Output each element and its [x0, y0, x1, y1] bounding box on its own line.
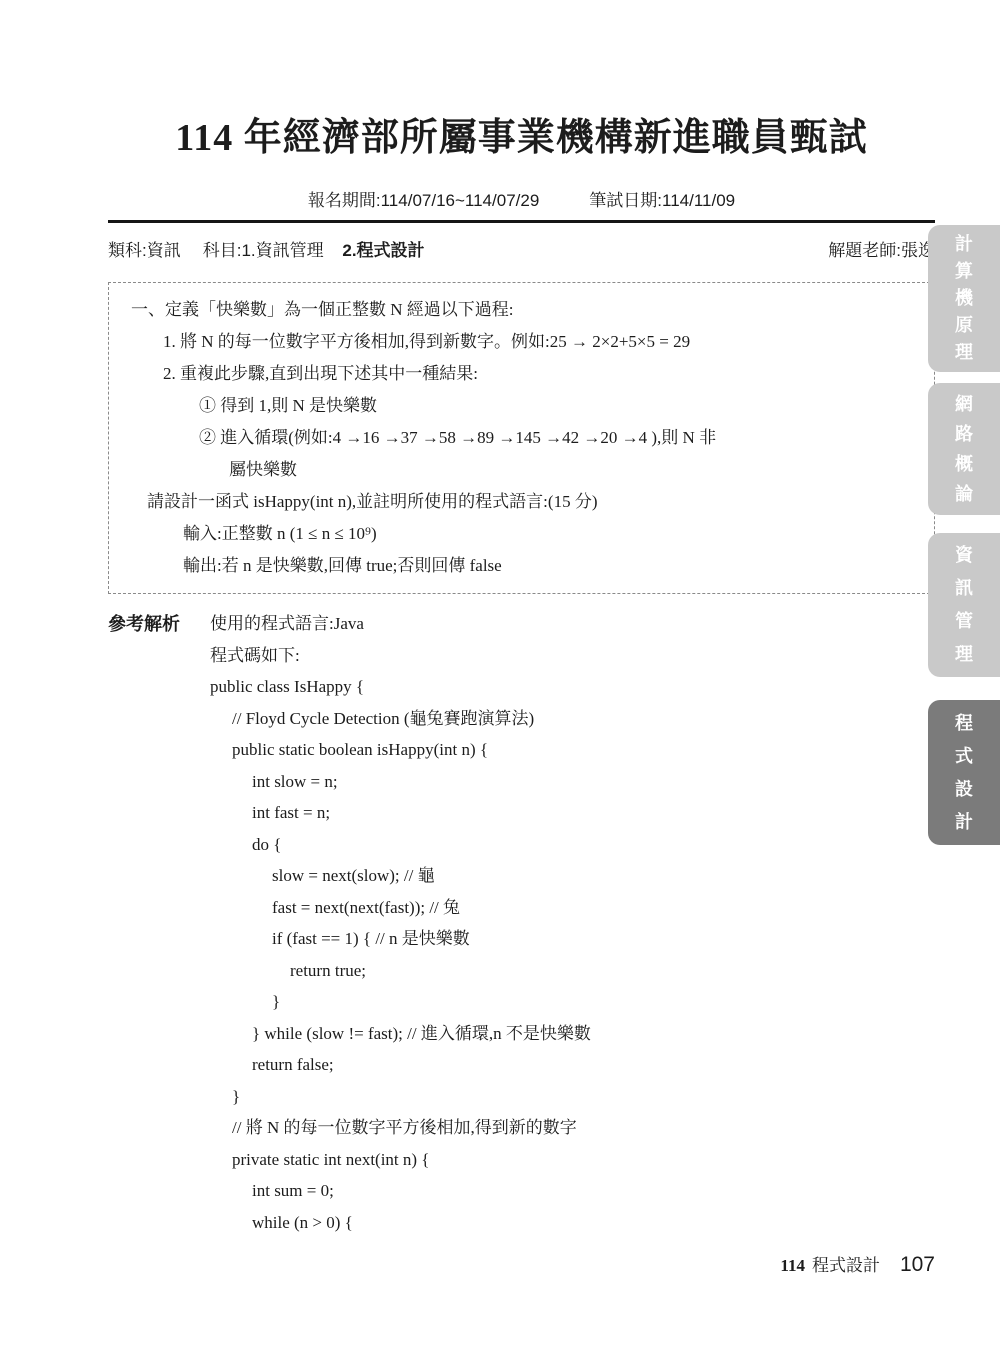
subject-part-1: 科目:1.資訊管理 [203, 241, 324, 260]
question-line: ① 得到 1,則 N 是快樂數 [125, 390, 918, 422]
category-label: 類科:資訊 [108, 236, 181, 261]
sidebar-tab-label: 資訊管理 [954, 539, 974, 671]
code-line: slow = next(slow); // 龜 [210, 860, 591, 892]
page-title: 114 年經濟部所屬事業機構新進職員甄試 [108, 106, 935, 161]
code-line: return false; [210, 1049, 591, 1081]
language-line: 使用的程式語言:Java [210, 608, 591, 640]
sidebar-tab-computer-principles: 計算機原理 [928, 225, 1000, 372]
sidebar-tab-network-concepts: 網路概論 [928, 383, 1000, 515]
main-content: 114 年經濟部所屬事業機構新進職員甄試 報名期間:114/07/16~114/… [108, 0, 935, 1238]
code-line: public static boolean isHappy(int n) { [210, 734, 591, 766]
footer-subject: 程式設計 [812, 1251, 880, 1276]
document-page: 114 年經濟部所屬事業機構新進職員甄試 報名期間:114/07/16~114/… [0, 0, 1000, 1353]
code-line: // Floyd Cycle Detection (龜兔賽跑演算法) [210, 703, 591, 735]
question-line: 輸入:正整數 n (1 ≤ n ≤ 10⁹) [125, 518, 918, 550]
header-divider [108, 220, 935, 223]
solution-heading: 參考解析 [108, 608, 210, 1238]
sidebar-tab-label: 程式設計 [954, 707, 974, 839]
registration-period: 報名期間:114/07/16~114/07/29 [308, 186, 539, 211]
sidebar-tab-programming-active: 程式設計 [928, 700, 1000, 845]
exam-meta-line: 報名期間:114/07/16~114/07/29 筆試日期:114/11/09 [108, 186, 935, 211]
subject-label: 科目:1.資訊管理 2.程式設計 [203, 236, 425, 261]
question-line: 2. 重複此步驟,直到出現下述其中一種結果: [125, 358, 918, 390]
code-line: int fast = n; [210, 797, 591, 829]
sidebar-tab-label: 計算機原理 [954, 231, 974, 366]
code-line: do { [210, 829, 591, 861]
code-line: } [210, 986, 591, 1018]
footer-year: 114 [780, 1256, 805, 1276]
category-subject-group: 類科:資訊 科目:1.資訊管理 2.程式設計 [108, 236, 425, 261]
code-line: // 將 N 的每一位數字平方後相加,得到新的數字 [210, 1112, 591, 1144]
question-line: 請設計一函式 isHappy(int n),並註明所使用的程式語言:(15 分) [125, 486, 918, 518]
question-line: 一、定義「快樂數」為一個正整數 N 經過以下過程: [125, 294, 918, 326]
solver-label: 解題老師:張逸 [828, 236, 935, 261]
question-line: 輸出:若 n 是快樂數,回傳 true;否則回傳 false [125, 550, 918, 582]
category-row: 類科:資訊 科目:1.資訊管理 2.程式設計 解題老師:張逸 [108, 236, 935, 261]
code-line: fast = next(next(fast)); // 兔 [210, 892, 591, 924]
code-line: } [210, 1081, 591, 1113]
solution-section: 參考解析 使用的程式語言:Java 程式碼如下: public class Is… [108, 608, 935, 1238]
code-intro-line: 程式碼如下: [210, 640, 591, 672]
written-exam-date: 筆試日期:114/11/09 [589, 186, 735, 211]
solution-body: 使用的程式語言:Java 程式碼如下: public class IsHappy… [210, 608, 591, 1238]
code-block: public class IsHappy { // Floyd Cycle De… [210, 671, 591, 1238]
code-line: int sum = 0; [210, 1175, 591, 1207]
subject-part-2: 2.程式設計 [342, 241, 424, 260]
code-line: return true; [210, 955, 591, 987]
code-line: while (n > 0) { [210, 1207, 591, 1239]
code-line: private static int next(int n) { [210, 1144, 591, 1176]
code-line: public class IsHappy { [210, 671, 591, 703]
code-line: if (fast == 1) { // n 是快樂數 [210, 923, 591, 955]
code-line: } while (slow != fast); // 進入循環,n 不是快樂數 [210, 1018, 591, 1050]
question-line: 屬快樂數 [125, 454, 918, 486]
code-line: int slow = n; [210, 766, 591, 798]
question-line: 1. 將 N 的每一位數字平方後相加,得到新數字。例如:25 → 2×2+5×5… [125, 326, 918, 358]
sidebar-tab-label: 網路概論 [954, 389, 974, 509]
question-box: 一、定義「快樂數」為一個正整數 N 經過以下過程: 1. 將 N 的每一位數字平… [108, 282, 935, 594]
footer-page-number: 107 [900, 1253, 935, 1277]
sidebar-tab-information-management: 資訊管理 [928, 533, 1000, 677]
question-line: ② 進入循環(例如:4 →16 →37 →58 →89 →145 →42 →20… [125, 422, 918, 454]
page-footer: 114 程式設計 107 [780, 1251, 935, 1277]
